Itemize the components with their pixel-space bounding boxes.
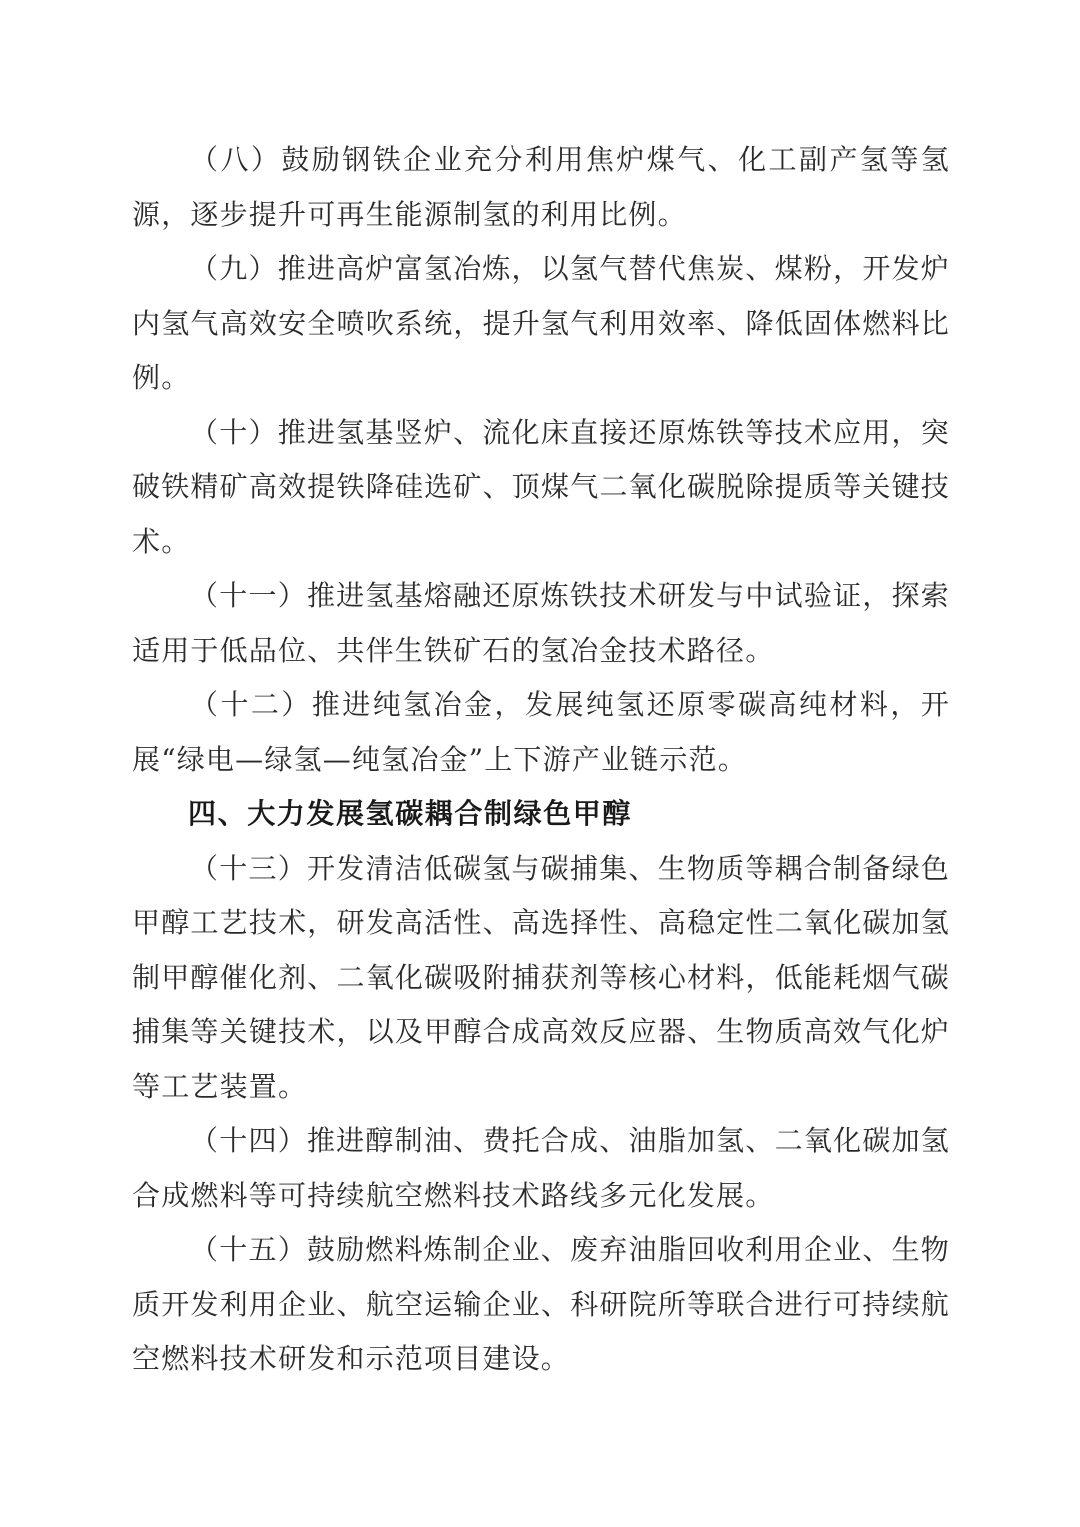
paragraph-label: （十） bbox=[190, 416, 278, 449]
paragraph-label: （九） bbox=[190, 252, 278, 285]
paragraph-14: （十四）推进醇制油、费托合成、油脂加氢、二氧化碳加氢合成燃料等可持续航空燃料技术… bbox=[132, 1114, 950, 1223]
paragraph-label: （十三） bbox=[190, 852, 307, 885]
paragraph-13: （十三）开发清洁低碳氢与碳捕集、生物质等耦合制备绿色甲醇工艺技术，研发高活性、高… bbox=[132, 842, 950, 1115]
paragraph-text: 开发清洁低碳氢与碳捕集、生物质等耦合制备绿色甲醇工艺技术，研发高活性、高选择性、… bbox=[132, 852, 950, 1103]
section-heading-4: 四、大力发展氢碳耦合制绿色甲醇 bbox=[132, 787, 950, 842]
paragraph-11: （十一）推进氢基熔融还原炼铁技术研发与中试验证，探索适用于低品位、共伴生铁矿石的… bbox=[132, 569, 950, 678]
paragraph-label: （十五） bbox=[190, 1233, 307, 1266]
paragraph-12: （十二）推进纯氢冶金，发展纯氢还原零碳高纯材料，开展“绿电—绿氢—纯氢冶金”上下… bbox=[132, 678, 950, 787]
document-page: （八）鼓励钢铁企业充分利用焦炉煤气、化工副产氢等氢源，逐步提升可再生能源制氢的利… bbox=[132, 133, 950, 1387]
paragraph-label: （十一） bbox=[190, 579, 307, 612]
paragraph-label: （十二） bbox=[190, 688, 312, 721]
paragraph-label: （八） bbox=[190, 143, 281, 176]
paragraph-15: （十五）鼓励燃料炼制企业、废弃油脂回收利用企业、生物质开发利用企业、航空运输企业… bbox=[132, 1223, 950, 1387]
paragraph-10: （十）推进氢基竖炉、流化床直接还原炼铁等技术应用，突破铁精矿高效提铁降硅选矿、顶… bbox=[132, 406, 950, 570]
paragraph-8: （八）鼓励钢铁企业充分利用焦炉煤气、化工副产氢等氢源，逐步提升可再生能源制氢的利… bbox=[132, 133, 950, 242]
paragraph-label: （十四） bbox=[190, 1124, 307, 1157]
paragraph-9: （九）推进高炉富氢冶炼，以氢气替代焦炭、煤粉，开发炉内氢气高效安全喷吹系统，提升… bbox=[132, 242, 950, 406]
